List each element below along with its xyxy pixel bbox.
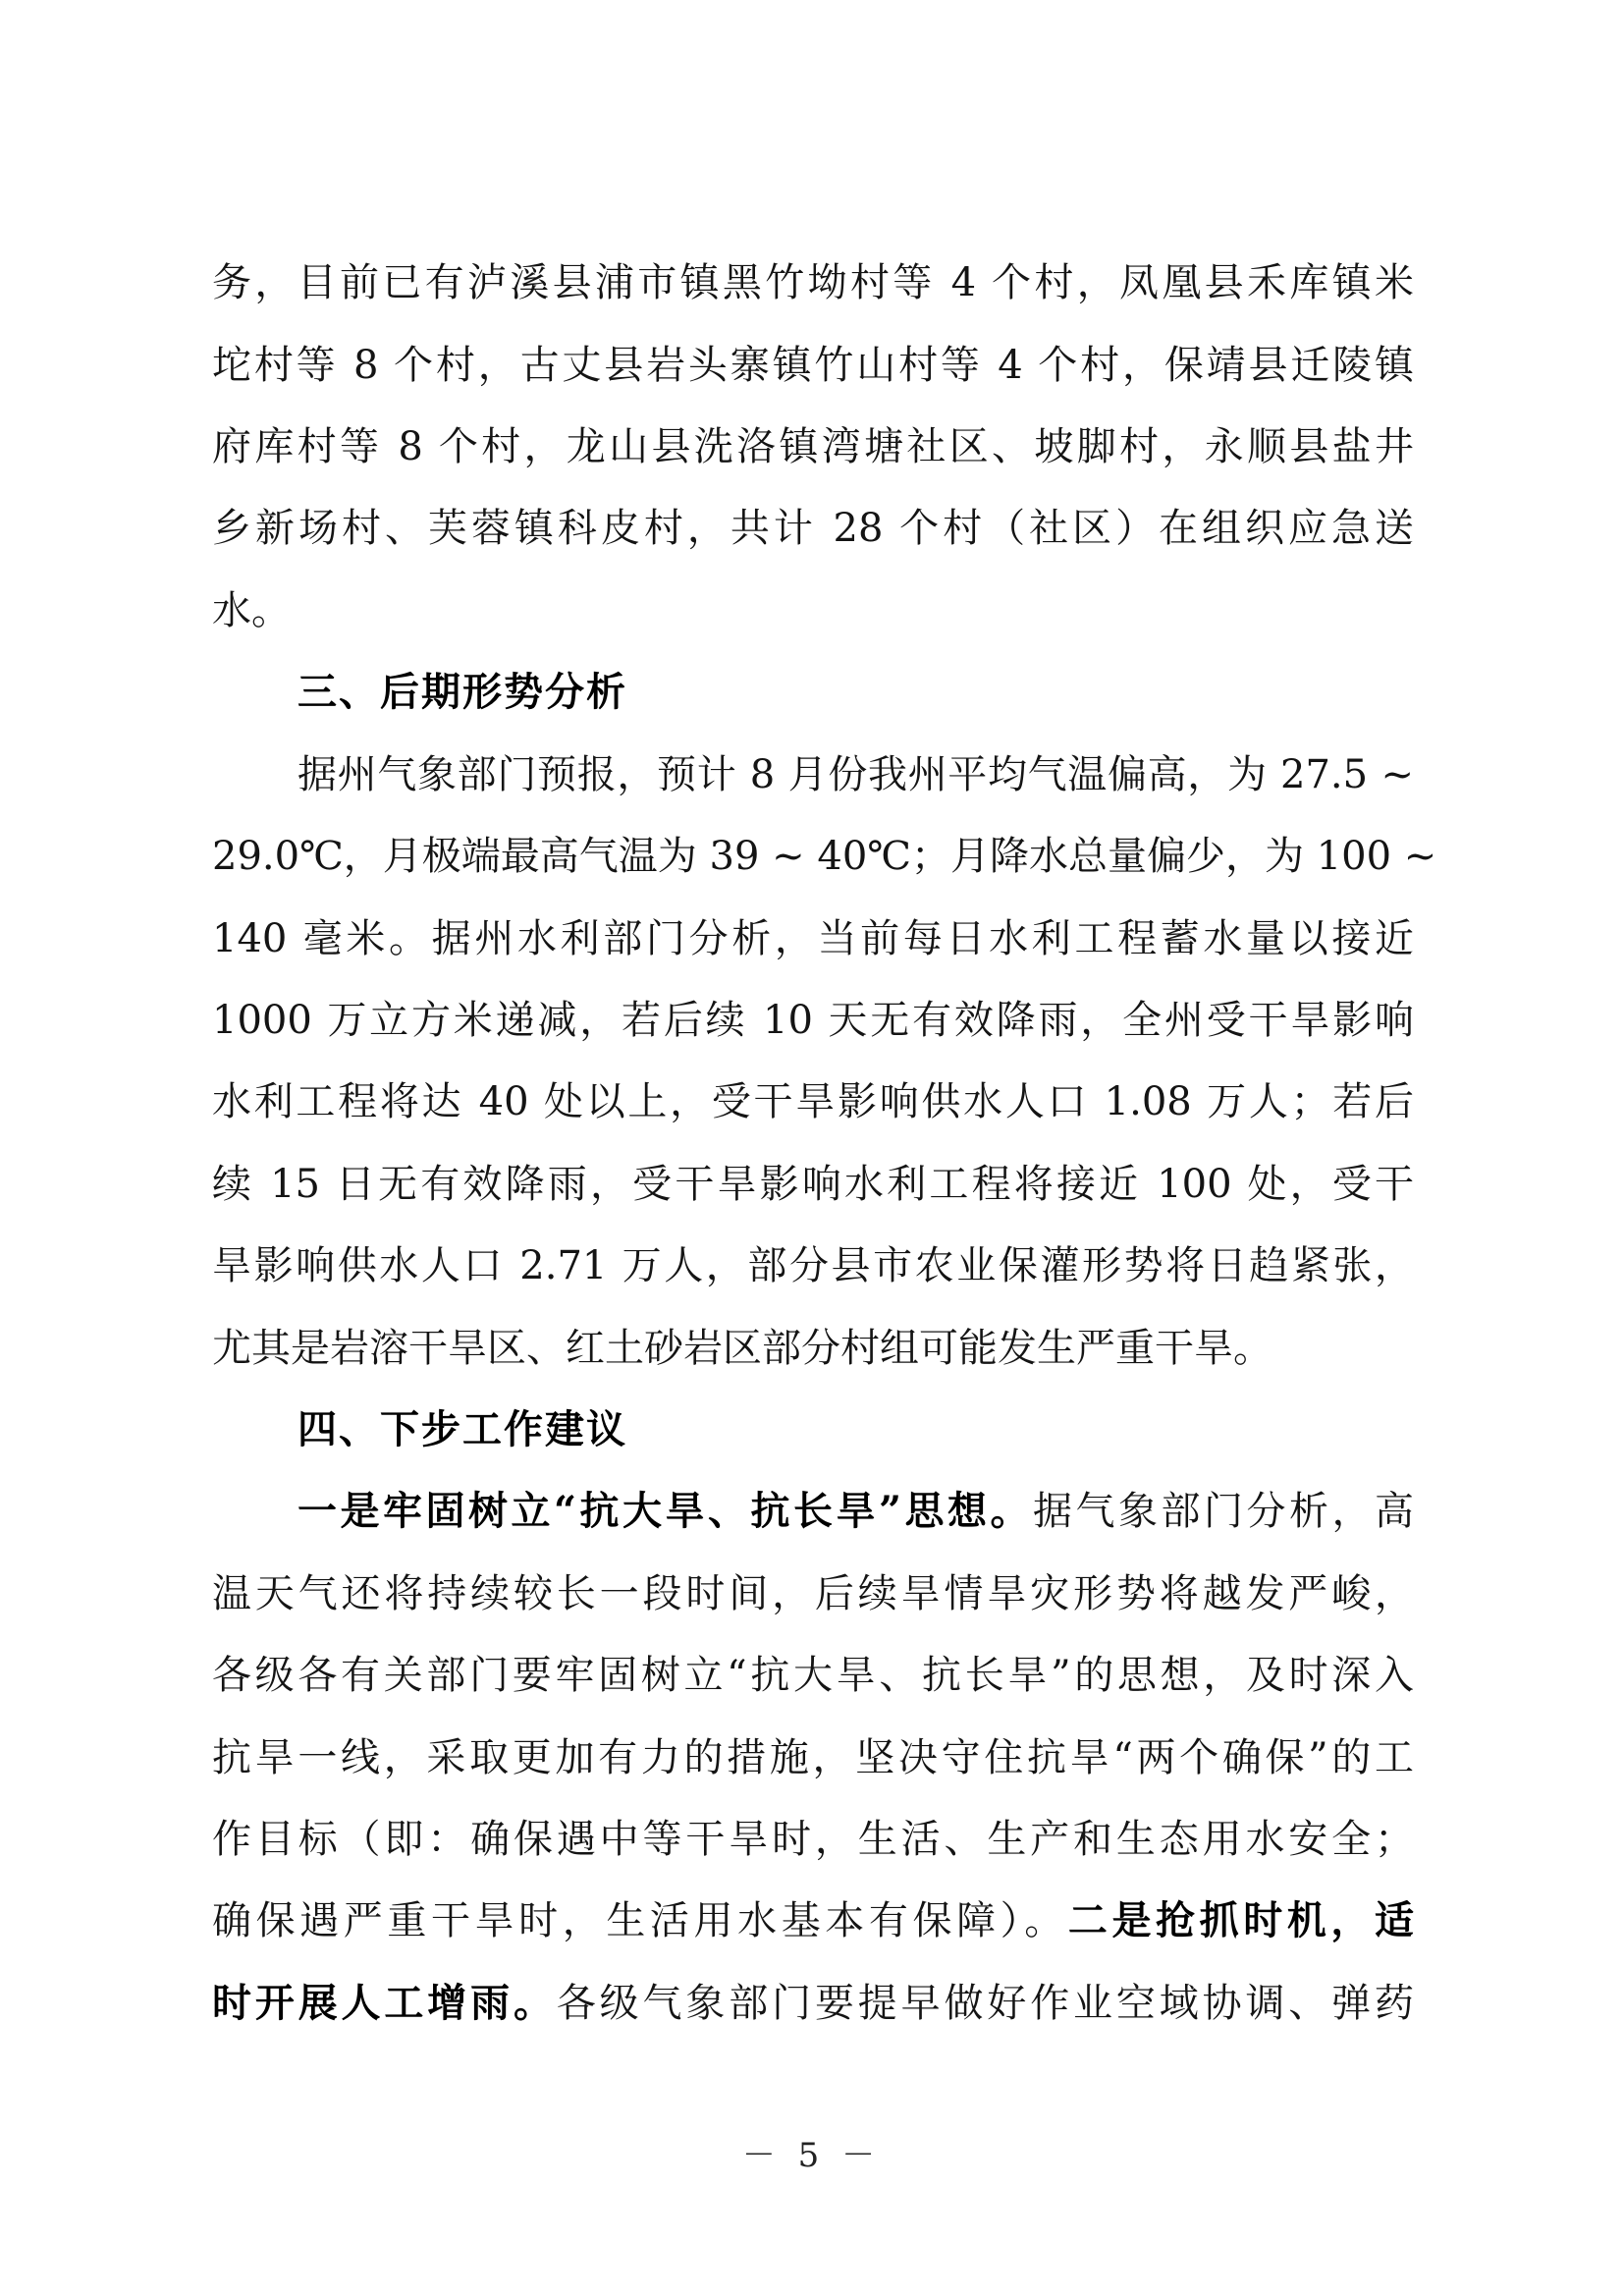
paragraph-line: 府库村等 8 个村，龙山县洗洛镇湾塘社区、坡脚村，永顺县盐井 [212,417,1414,476]
paragraph-line: 抗旱一线，采取更加有力的措施，坚决守住抗旱“两个确保”的工 [212,1728,1414,1787]
paragraph-line: 一是牢固树立“抗大旱、抗长旱”思想。据气象部门分析，高 [298,1482,1414,1541]
bold-lead-phrase: 一是牢固树立“抗大旱、抗长旱”思想。 [298,1488,1033,1534]
paragraph-line: 旱影响供水人口 2.71 万人，部分县市农业保灌形势将日趋紧张， [212,1236,1414,1295]
bold-lead-phrase: 二是抢抓时机，适 [1068,1897,1414,1943]
paragraph-line: 时开展人工增雨。各级气象部门要提早做好作业空域协调、弹药 [212,1974,1414,2033]
paragraph-line: 据州气象部门预报，预计 8 月份我州平均气温偏高，为 27.5 ~ [298,745,1414,804]
page-number: － 5 － [0,2136,1623,2175]
paragraph-line: 作目标（即：确保遇中等干旱时，生活、生产和生态用水安全； [212,1810,1414,1869]
paragraph-line: 温天气还将持续较长一段时间，后续旱情旱灾形势将越发严峻， [212,1564,1414,1623]
line-text: 各级气象部门要提早做好作业空域协调、弹药 [557,1981,1414,2026]
section-heading-4: 四、下步工作建议 [298,1400,1414,1459]
paragraph-line: 乡新场村、芙蓉镇科皮村，共计 28 个村（社区）在组织应急送 [212,499,1414,558]
document-page: 务，目前已有泸溪县浦市镇黑竹坳村等 4 个村，凤凰县禾库镇米 坨村等 8 个村，… [0,0,1623,2296]
paragraph-line: 水。 [212,581,1414,640]
paragraph-line: 尤其是岩溶干旱区、红土砂岩区部分村组可能发生严重干旱。 [212,1319,1414,1378]
line-text: 据气象部门分析，高 [1033,1489,1414,1534]
bold-lead-phrase: 时开展人工增雨。 [212,1980,557,2026]
line-text: 确保遇严重干旱时，生活用水基本有保障）。 [212,1898,1068,1943]
paragraph-line: 水利工程将达 40 处以上，受干旱影响供水人口 1.08 万人；若后 [212,1072,1414,1131]
paragraph-line: 务，目前已有泸溪县浦市镇黑竹坳村等 4 个村，凤凰县禾库镇米 [212,253,1414,312]
paragraph-line: 续 15 日无有效降雨，受干旱影响水利工程将接近 100 处，受干 [212,1155,1414,1214]
paragraph-line: 坨村等 8 个村，古丈县岩头寨镇竹山村等 4 个村，保靖县迁陵镇 [212,336,1414,395]
paragraph-line: 140 毫米。据州水利部门分析，当前每日水利工程蓄水量以接近 [212,909,1414,968]
paragraph-line: 29.0℃，月极端最高气温为 39 ~ 40℃；月降水总量偏少，为 100 ~ [212,827,1414,886]
paragraph-line: 各级各有关部门要牢固树立“抗大旱、抗长旱”的思想，及时深入 [212,1646,1414,1705]
paragraph-line: 确保遇严重干旱时，生活用水基本有保障）。二是抢抓时机，适 [212,1891,1414,1950]
section-heading-3: 三、后期形势分析 [298,663,1414,722]
paragraph-line: 1000 万立方米递减，若后续 10 天无有效降雨，全州受干旱影响 [212,991,1414,1050]
